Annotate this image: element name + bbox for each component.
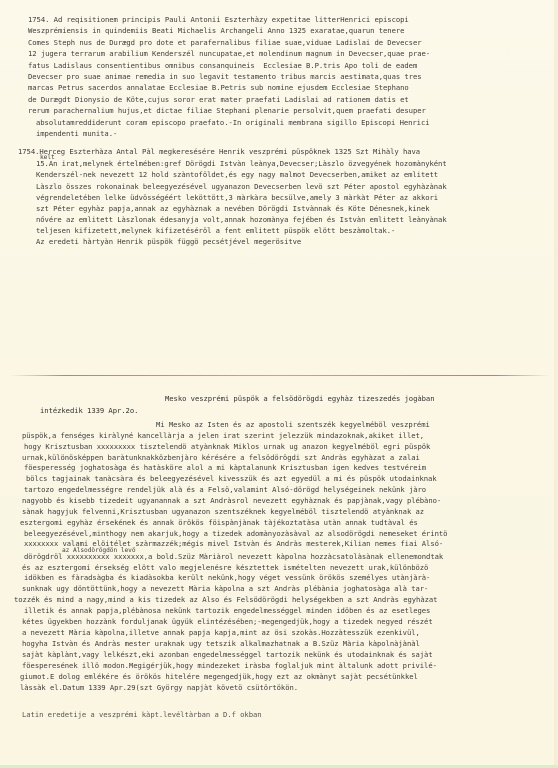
latin-text-line: 12 jugera terrarum arabilium Kenderszél … xyxy=(28,49,430,58)
latin-text-line: fatus Ladislaus consentientibus omnibus … xyxy=(28,61,417,70)
charter-text-line: sànak hagyjuk felvenni,Krisztusban ugyan… xyxy=(22,507,424,516)
hungarian-text-line: Làszlo összes rokonainak beleegyezésével… xyxy=(36,182,447,191)
charter-text-line: giumot.E dolog emlékére és örökös hitelé… xyxy=(20,672,418,681)
charter-text-line: làssàk el.Datum 1339 Apr.29(szt György n… xyxy=(20,683,298,692)
hungarian-text-line: 1754.Herceg Eszterhàza Antal Pàl megkere… xyxy=(18,147,420,156)
charter-text-line: illetik és annak papja,plébànosa nekünk … xyxy=(24,606,430,615)
latin-text-line: 1754. Ad reqisitionem principis Pauli An… xyxy=(28,15,409,24)
charter-text-line: sunknak ugy döntöttünk,hogy a nevezett M… xyxy=(22,584,428,593)
charter-text-line: föesperesség joghatosàga és hatàsköre al… xyxy=(24,463,426,472)
charter-text-line: Mi Mesko az Isten és az apostoli szentsz… xyxy=(156,420,430,429)
latin-text-line: Weszprémiensis in quindemiis Beati Micha… xyxy=(28,26,404,35)
charter-text-line: beleegyezésével,minthogy nem akarjuk,hog… xyxy=(24,529,447,538)
hungarian-text-line: Az eredeti hàrtyàn Henrik püspök függö p… xyxy=(36,237,301,246)
charter-text-line: sajàt kàplànt,vagy lelkészt,eki azonban … xyxy=(22,650,433,659)
hungarian-text-line: szt Péter egyhàz papja,annak az egyhàzna… xyxy=(36,204,430,213)
hungarian-text-line: Kenderszél-nek nevezett 12 hold szàntofö… xyxy=(36,170,438,179)
charter-text-line: esztergomi egyhàz érsekének és annak örö… xyxy=(20,518,418,527)
latin-text-line: marcas Petrus sacerdos annalatae Ecclesi… xyxy=(28,83,409,92)
charter-text-line: hogyha Istvàn és Andràs mester uraknak u… xyxy=(22,639,420,648)
hungarian-text-line: végrendeletében lelke üdvösségéért leköt… xyxy=(36,193,438,202)
hungarian-text-line: nővére az emlitett Làszlonak édesanyja v… xyxy=(36,215,447,224)
paper-right-edge xyxy=(554,0,558,768)
charter-text-line: tartozo engedelmességre rendeljük alà és… xyxy=(24,485,426,494)
charter-text-line: kétes ügyekben hozzànk forduljanak ügyük… xyxy=(22,617,433,626)
charter-text-line: tozzék és mind a nagy,mind a kis tizedek… xyxy=(14,595,437,604)
latin-text-line: Comes Steph nus de Durægd pro dote et pa… xyxy=(28,38,422,47)
latin-text-line: de Durægdt Dionysio de Köte,cujus soror … xyxy=(28,95,409,104)
charter-text-line: nagyobb és kisebb tizedeit ugyanannak a … xyxy=(22,496,441,505)
interlinear-insert-note: az Alsodörögdön levö xyxy=(62,546,136,555)
charter-text-line: hogy Krisztusban xxxxxxxxx tisztelendö a… xyxy=(24,442,430,451)
latin-text-line: Devecser pro suae animae remedia in suo … xyxy=(28,72,422,81)
archive-footnote: Latin eredetije a veszprémi kàpt.levéltà… xyxy=(22,710,262,719)
charter-text-line: urnak,különösképpen baràtunknakközbenjàr… xyxy=(22,453,420,462)
hungarian-text-line: teljesen kifizetett,melynek kifizetésérö… xyxy=(36,226,395,235)
latin-text-line: absolutamreddiderunt coram episcopo prae… xyxy=(36,118,430,127)
latin-text-line: impendenti munita.- xyxy=(36,129,117,138)
interlinear-insert-note: kelt xyxy=(40,153,55,162)
document-heading-date: intézkedik 1339 Apr.2o. xyxy=(40,406,138,415)
latin-text-line: rerum parachernalium hujus,et dictae fil… xyxy=(28,106,426,115)
hungarian-text-line: 15.An irat,melynek értelmében:gref Dörög… xyxy=(36,159,447,168)
charter-text-line: bölcs tagjainak tanàcsàra és beleegyezés… xyxy=(26,474,437,483)
charter-text-line: püspök,a fenséges kiràlyné kancellàrja a… xyxy=(22,431,424,440)
charter-text-line: a nevezett Mària kàpolna,illetve annak p… xyxy=(22,628,420,637)
document-heading: Mesko veszprémi püspök a felsödörögdi eg… xyxy=(165,394,434,403)
charter-text-line: és az esztergomi érsekség elött valo meg… xyxy=(22,563,428,572)
charter-text-line: idökben es fàradsàgba és kiadàsokba kerü… xyxy=(24,573,430,582)
charter-text-line: föesperesének illö modon.Megigérjük,hogy… xyxy=(22,661,437,670)
